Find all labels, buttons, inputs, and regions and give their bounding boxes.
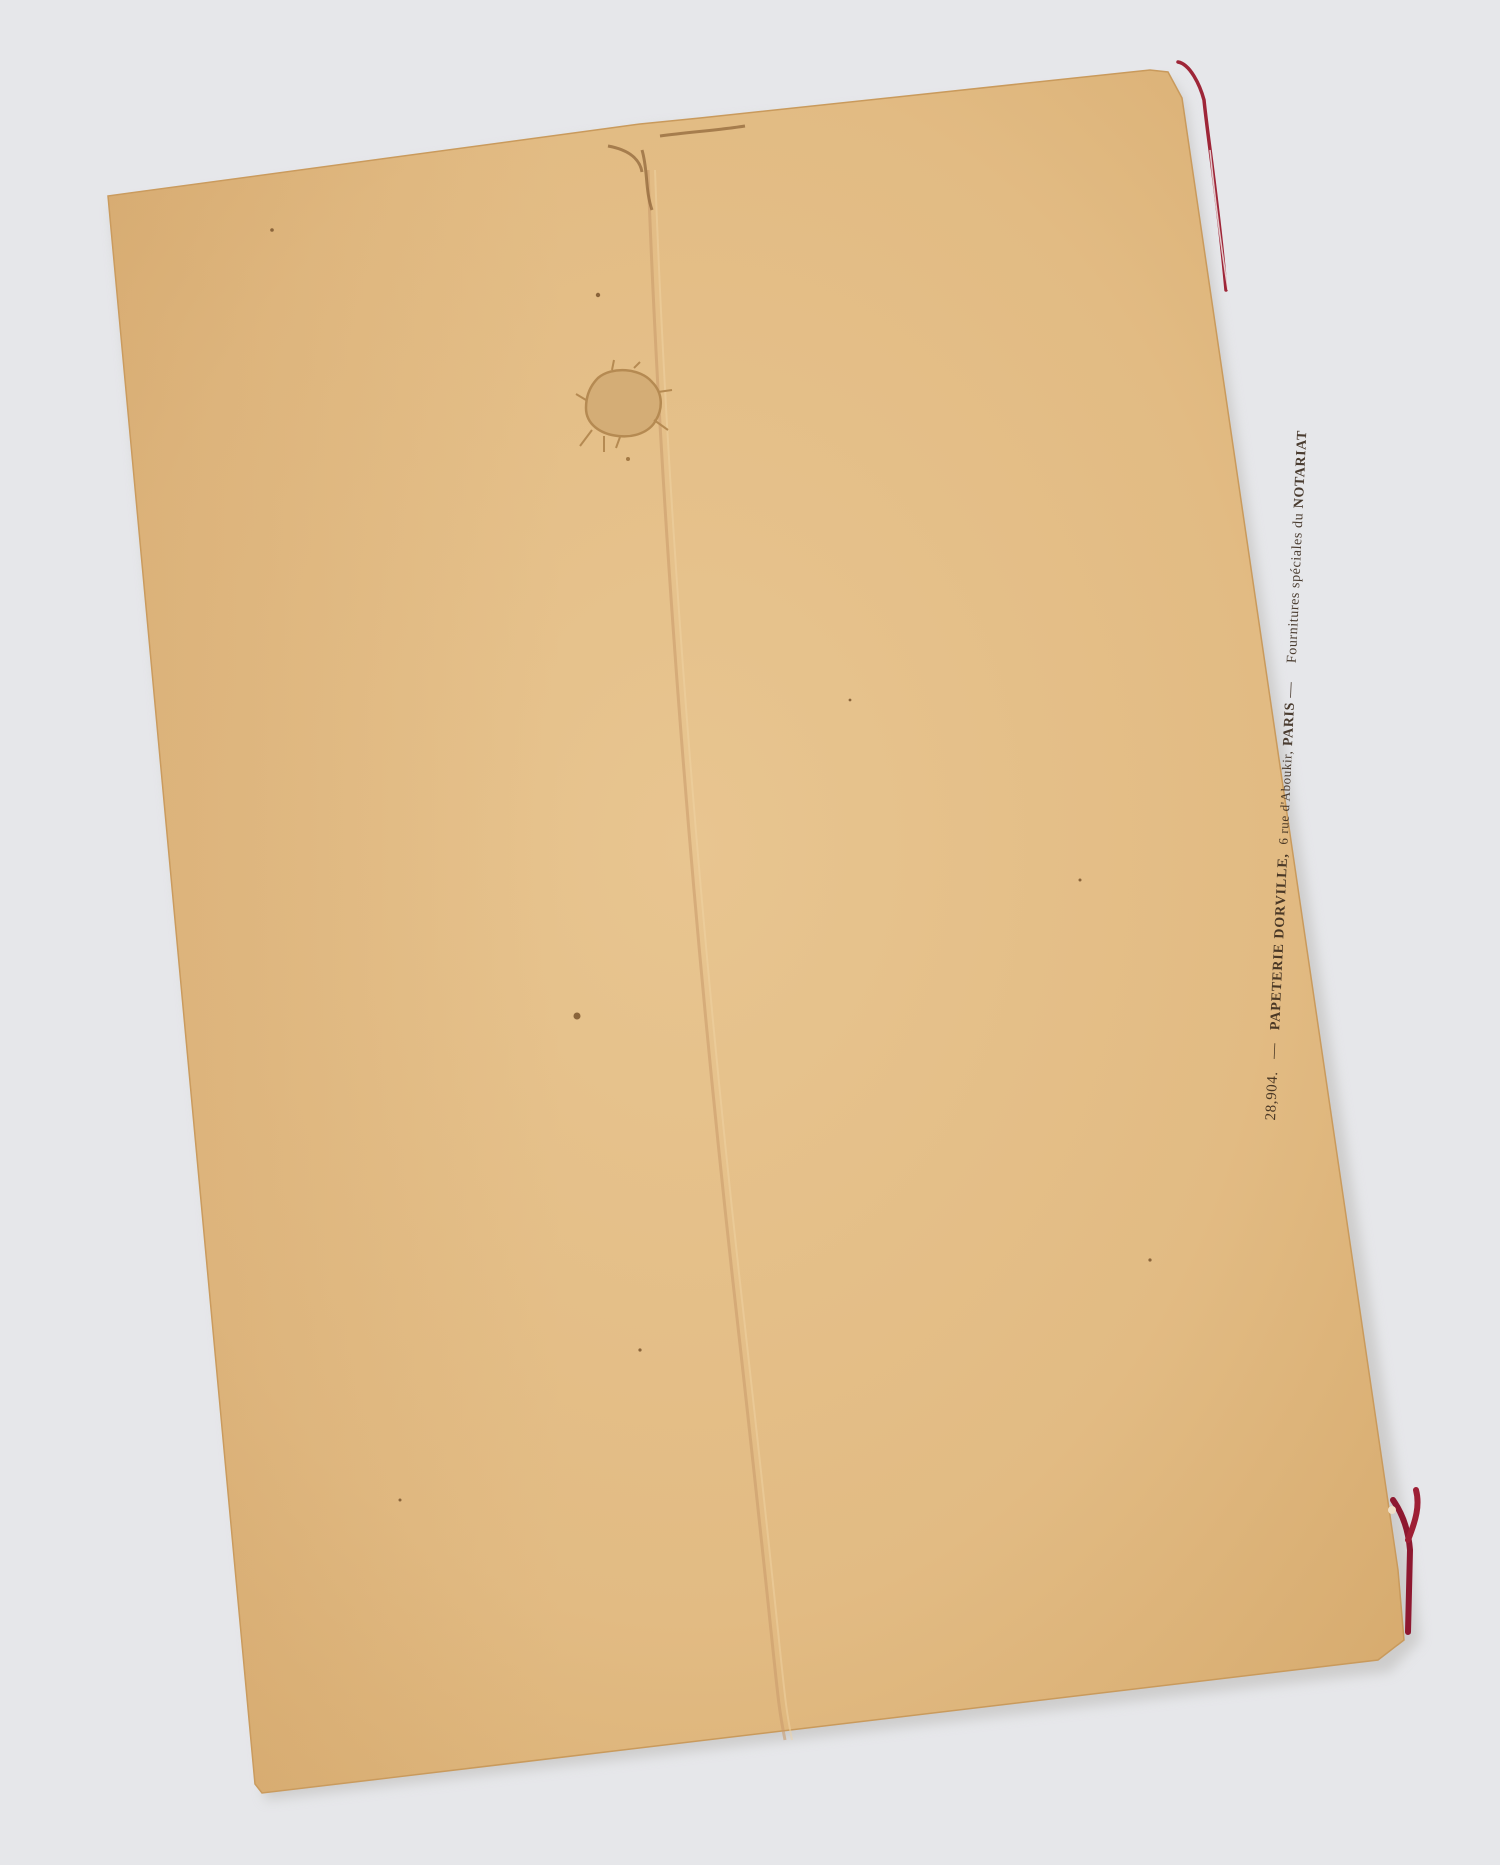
imprint-number: 28,904.: [1263, 1071, 1281, 1121]
imprint-address: 6 rue d'Aboukir,: [1276, 750, 1295, 845]
paper-left-discoloration: [108, 70, 1404, 1793]
imprint-city: PARIS: [1281, 702, 1298, 747]
imprint-dash: —: [1265, 1042, 1283, 1059]
imprint-separator: —: [1281, 681, 1299, 698]
imprint-trade: NOTARIAT: [1292, 430, 1311, 509]
